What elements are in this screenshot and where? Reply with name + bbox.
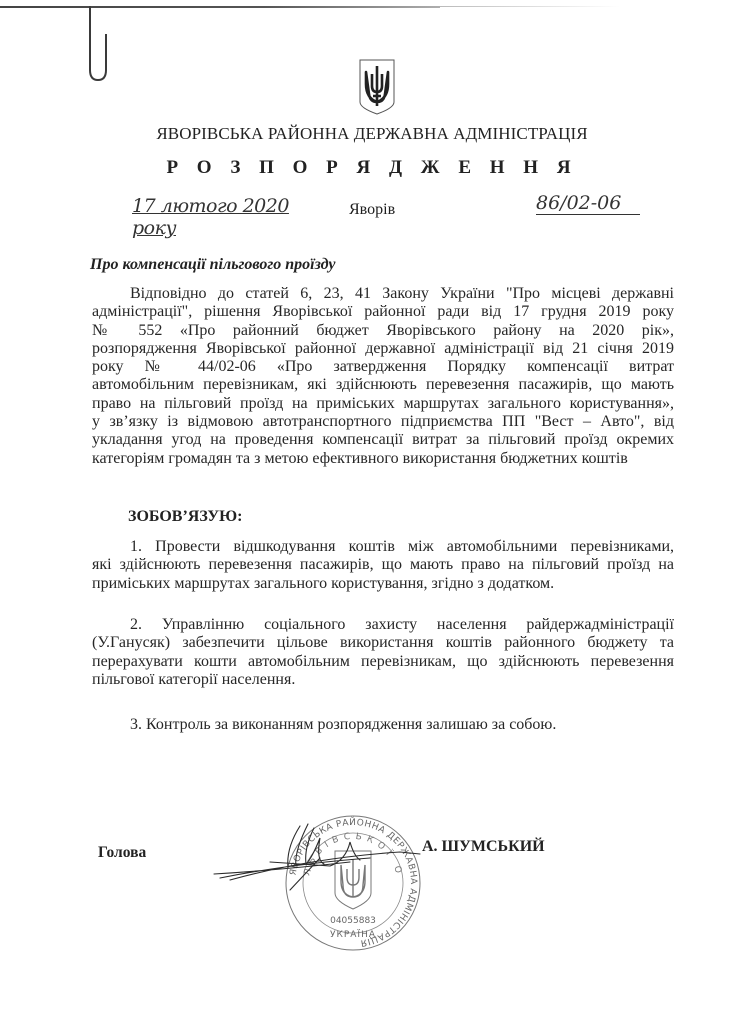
preamble-line: адміністрації", рішення Яворівської райо… bbox=[92, 303, 674, 321]
preamble-line: року № 44/02-06 «Про затвердження Порядк… bbox=[92, 358, 674, 376]
item-line: 3. Контроль за виконанням розпорядження … bbox=[92, 716, 674, 734]
item-2-paragraph: 2. Управлінню соціального захисту населе… bbox=[92, 616, 674, 689]
item-3-paragraph: 3. Контроль за виконанням розпорядження … bbox=[92, 716, 674, 734]
signatory-name: А. ШУМСЬКИЙ bbox=[422, 838, 545, 856]
document-subject: Про компенсації пільгового проїзду bbox=[90, 256, 335, 274]
preamble-line: Відповідно до статей 6, 23, 41 Закону Ук… bbox=[92, 285, 674, 303]
preamble-paragraph: Відповідно до статей 6, 23, 41 Закону Ук… bbox=[92, 285, 674, 468]
signatory-position: Голова bbox=[98, 844, 146, 862]
city-name: Яворів bbox=[349, 201, 395, 219]
preamble-line: розпорядження Яворівської районної держа… bbox=[92, 340, 674, 358]
organization-name: ЯВОРІВСЬКА РАЙОННА ДЕРЖАВНА АДМІНІСТРАЦІ… bbox=[0, 124, 744, 144]
scan-edge-line bbox=[0, 6, 440, 8]
stamp-code: 04055883 bbox=[330, 916, 376, 926]
preamble-line: № 552 «Про районний бюджет Яворівського … bbox=[92, 322, 674, 340]
item-1-paragraph: 1. Провести відшкодування коштів між авт… bbox=[92, 538, 674, 593]
preamble-line: категоріям громадян та з метою ефективно… bbox=[92, 450, 674, 468]
item-line: які здійснюють перевезення пасажирів, що… bbox=[92, 556, 674, 574]
trident-emblem-icon bbox=[358, 58, 396, 116]
handwritten-document-number: 86/02-06 bbox=[536, 192, 640, 215]
item-line: пільгової категорії населення. bbox=[92, 671, 674, 689]
handwritten-date: 17 лютого 2020 року bbox=[132, 195, 332, 239]
item-line: (У.Ганусяк) забезпечити цільове використ… bbox=[92, 634, 674, 652]
item-line: перерахувати кошти автомобільним перевіз… bbox=[92, 653, 674, 671]
stamp-country: УКРАЇНА bbox=[330, 929, 376, 940]
paperclip-icon bbox=[70, 4, 110, 84]
preamble-line: право на пільговий проїзд на приміських … bbox=[92, 395, 674, 413]
preamble-line: автомобільним перевізникам, які здійснюю… bbox=[92, 376, 674, 394]
item-line: 1. Провести відшкодування коштів між авт… bbox=[92, 538, 674, 556]
item-line: приміських маршрутах загального користув… bbox=[92, 575, 674, 593]
preamble-line: укладання угод на проведення компенсації… bbox=[92, 431, 674, 449]
handwritten-signature-icon bbox=[190, 818, 440, 898]
item-line: 2. Управлінню соціального захисту населе… bbox=[92, 616, 674, 634]
resolution-heading: ЗОБОВ’ЯЗУЮ: bbox=[128, 508, 243, 526]
preamble-line: у зв’язку із відмовою автотранспортного … bbox=[92, 413, 674, 431]
scan-edge-line-fade bbox=[440, 6, 620, 7]
document-type-title: Р О З П О Р Я Д Ж Е Н Н Я bbox=[0, 157, 744, 179]
